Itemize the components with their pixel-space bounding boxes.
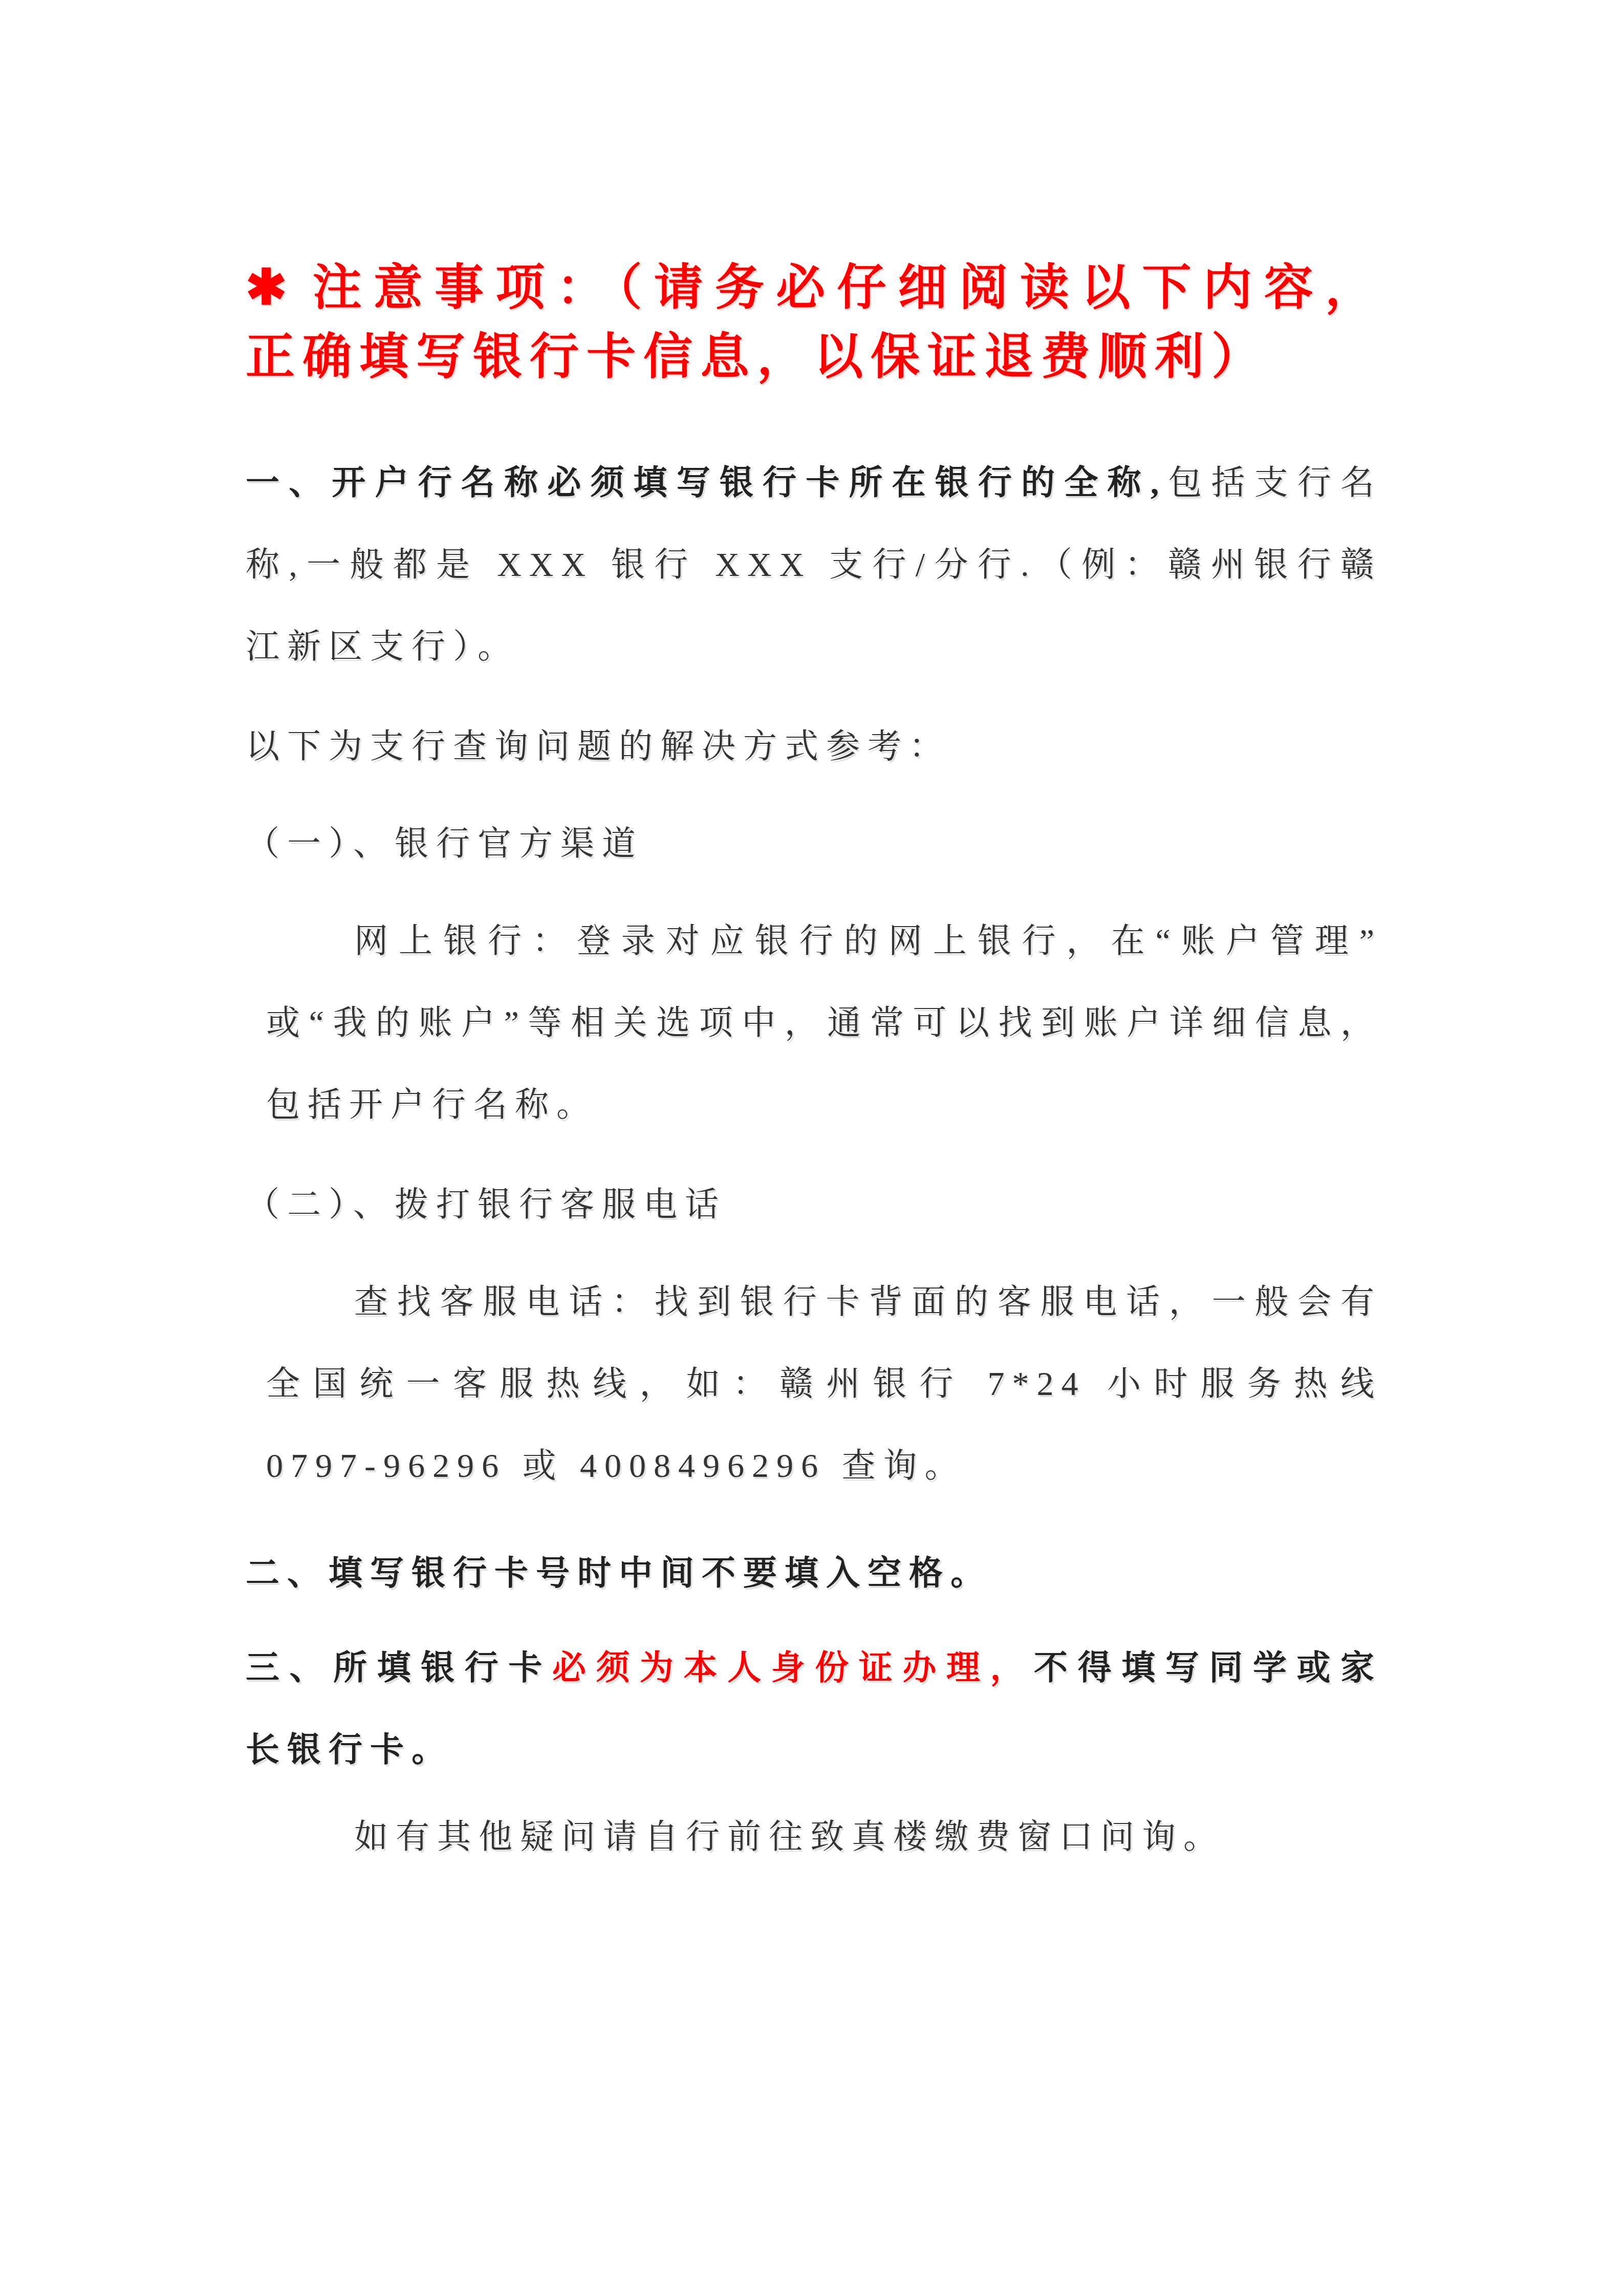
text-line: 江新区支行）。 xyxy=(246,606,1382,688)
paragraph-closing-note: 如有其他疑问请自行前往致真楼缴费窗口问询。 xyxy=(246,1796,1382,1878)
title-line-2: 正确填写银行卡信息，以保证退费顺利） xyxy=(246,322,1382,391)
p1-l1-rest: 包括支行名 xyxy=(1166,464,1382,502)
text-line: 长银行卡。 xyxy=(246,1709,1382,1791)
paragraph-channel-official: （一）、银行官方渠道 xyxy=(246,803,1382,885)
title-line-1: ✱注意事项：（请务必仔细阅读以下内容， xyxy=(246,253,1382,322)
text-line: 全国统一客服热线，如：赣州银行 7*24 小时服务热线 xyxy=(266,1343,1382,1425)
p8-lead-bold: 三、所填银行卡 xyxy=(246,1649,552,1687)
text-line: （二）、拨打银行客服电话 xyxy=(246,1164,1382,1246)
text-line: 一、开户行名称必须填写银行卡所在银行的全称,包括支行名 xyxy=(246,442,1382,524)
p1-lead-bold: 一、开户行名称必须填写银行卡所在银行的全称, xyxy=(246,464,1166,502)
paragraph-channel-hotline: （二）、拨打银行客服电话 xyxy=(246,1164,1382,1246)
paragraph-item-2: 二、填写银行卡号时中间不要填入空格。 xyxy=(246,1533,1382,1615)
text-line: 以下为支行查询问题的解决方式参考： xyxy=(246,706,1382,788)
p8-l1-rest: 不得填写同学或家 xyxy=(1034,1649,1382,1687)
heavy-asterisk-icon: ✱ xyxy=(246,260,287,315)
text-line: 查找客服电话：找到银行卡背面的客服电话，一般会有 xyxy=(266,1261,1382,1343)
paragraph-item-1: 一、开户行名称必须填写银行卡所在银行的全称,包括支行名 称,一般都是 XXX 银… xyxy=(246,442,1382,688)
phone-numbers-line: 0797-96296 或 4008496296 查询。 xyxy=(266,1425,1382,1507)
document-content: ✱注意事项：（请务必仔细阅读以下内容， 正确填写银行卡信息，以保证退费顺利） 一… xyxy=(246,253,1382,1878)
text-line: 二、填写银行卡号时中间不要填入空格。 xyxy=(246,1533,1382,1615)
text-line: 三、所填银行卡必须为本人身份证办理，不得填写同学或家 xyxy=(246,1627,1382,1709)
paragraph-item-3: 三、所填银行卡必须为本人身份证办理，不得填写同学或家 长银行卡。 xyxy=(246,1627,1382,1791)
paragraph-online-banking: 网上银行：登录对应银行的网上银行，在“账户管理” 或“我的账户”等相关选项中，通… xyxy=(246,900,1382,1146)
paragraph-service-phone: 查找客服电话：找到银行卡背面的客服电话，一般会有 全国统一客服热线，如：赣州银行… xyxy=(246,1261,1382,1507)
paragraph-reference-intro: 以下为支行查询问题的解决方式参考： xyxy=(246,706,1382,788)
text-line: 网上银行：登录对应银行的网上银行，在“账户管理” xyxy=(266,900,1382,982)
document-title: ✱注意事项：（请务必仔细阅读以下内容， 正确填写银行卡信息，以保证退费顺利） xyxy=(246,253,1382,391)
text-line: 称,一般都是 XXX 银行 XXX 支行/分行.（例：赣州银行赣 xyxy=(246,524,1382,606)
text-line: 或“我的账户”等相关选项中，通常可以找到账户详细信息， xyxy=(266,982,1382,1064)
p8-red-warning: 必须为本人身份证办理， xyxy=(552,1649,1034,1687)
text-line: （一）、银行官方渠道 xyxy=(246,803,1382,885)
text-line: 如有其他疑问请自行前往致真楼缴费窗口问询。 xyxy=(246,1796,1382,1878)
text-line: 包括开户行名称。 xyxy=(266,1064,1382,1146)
document-page: ✱注意事项：（请务必仔细阅读以下内容， 正确填写银行卡信息，以保证退费顺利） 一… xyxy=(0,0,1624,2296)
title-line-1-text: 注意事项：（请务必仔细阅读以下内容， xyxy=(308,260,1382,315)
